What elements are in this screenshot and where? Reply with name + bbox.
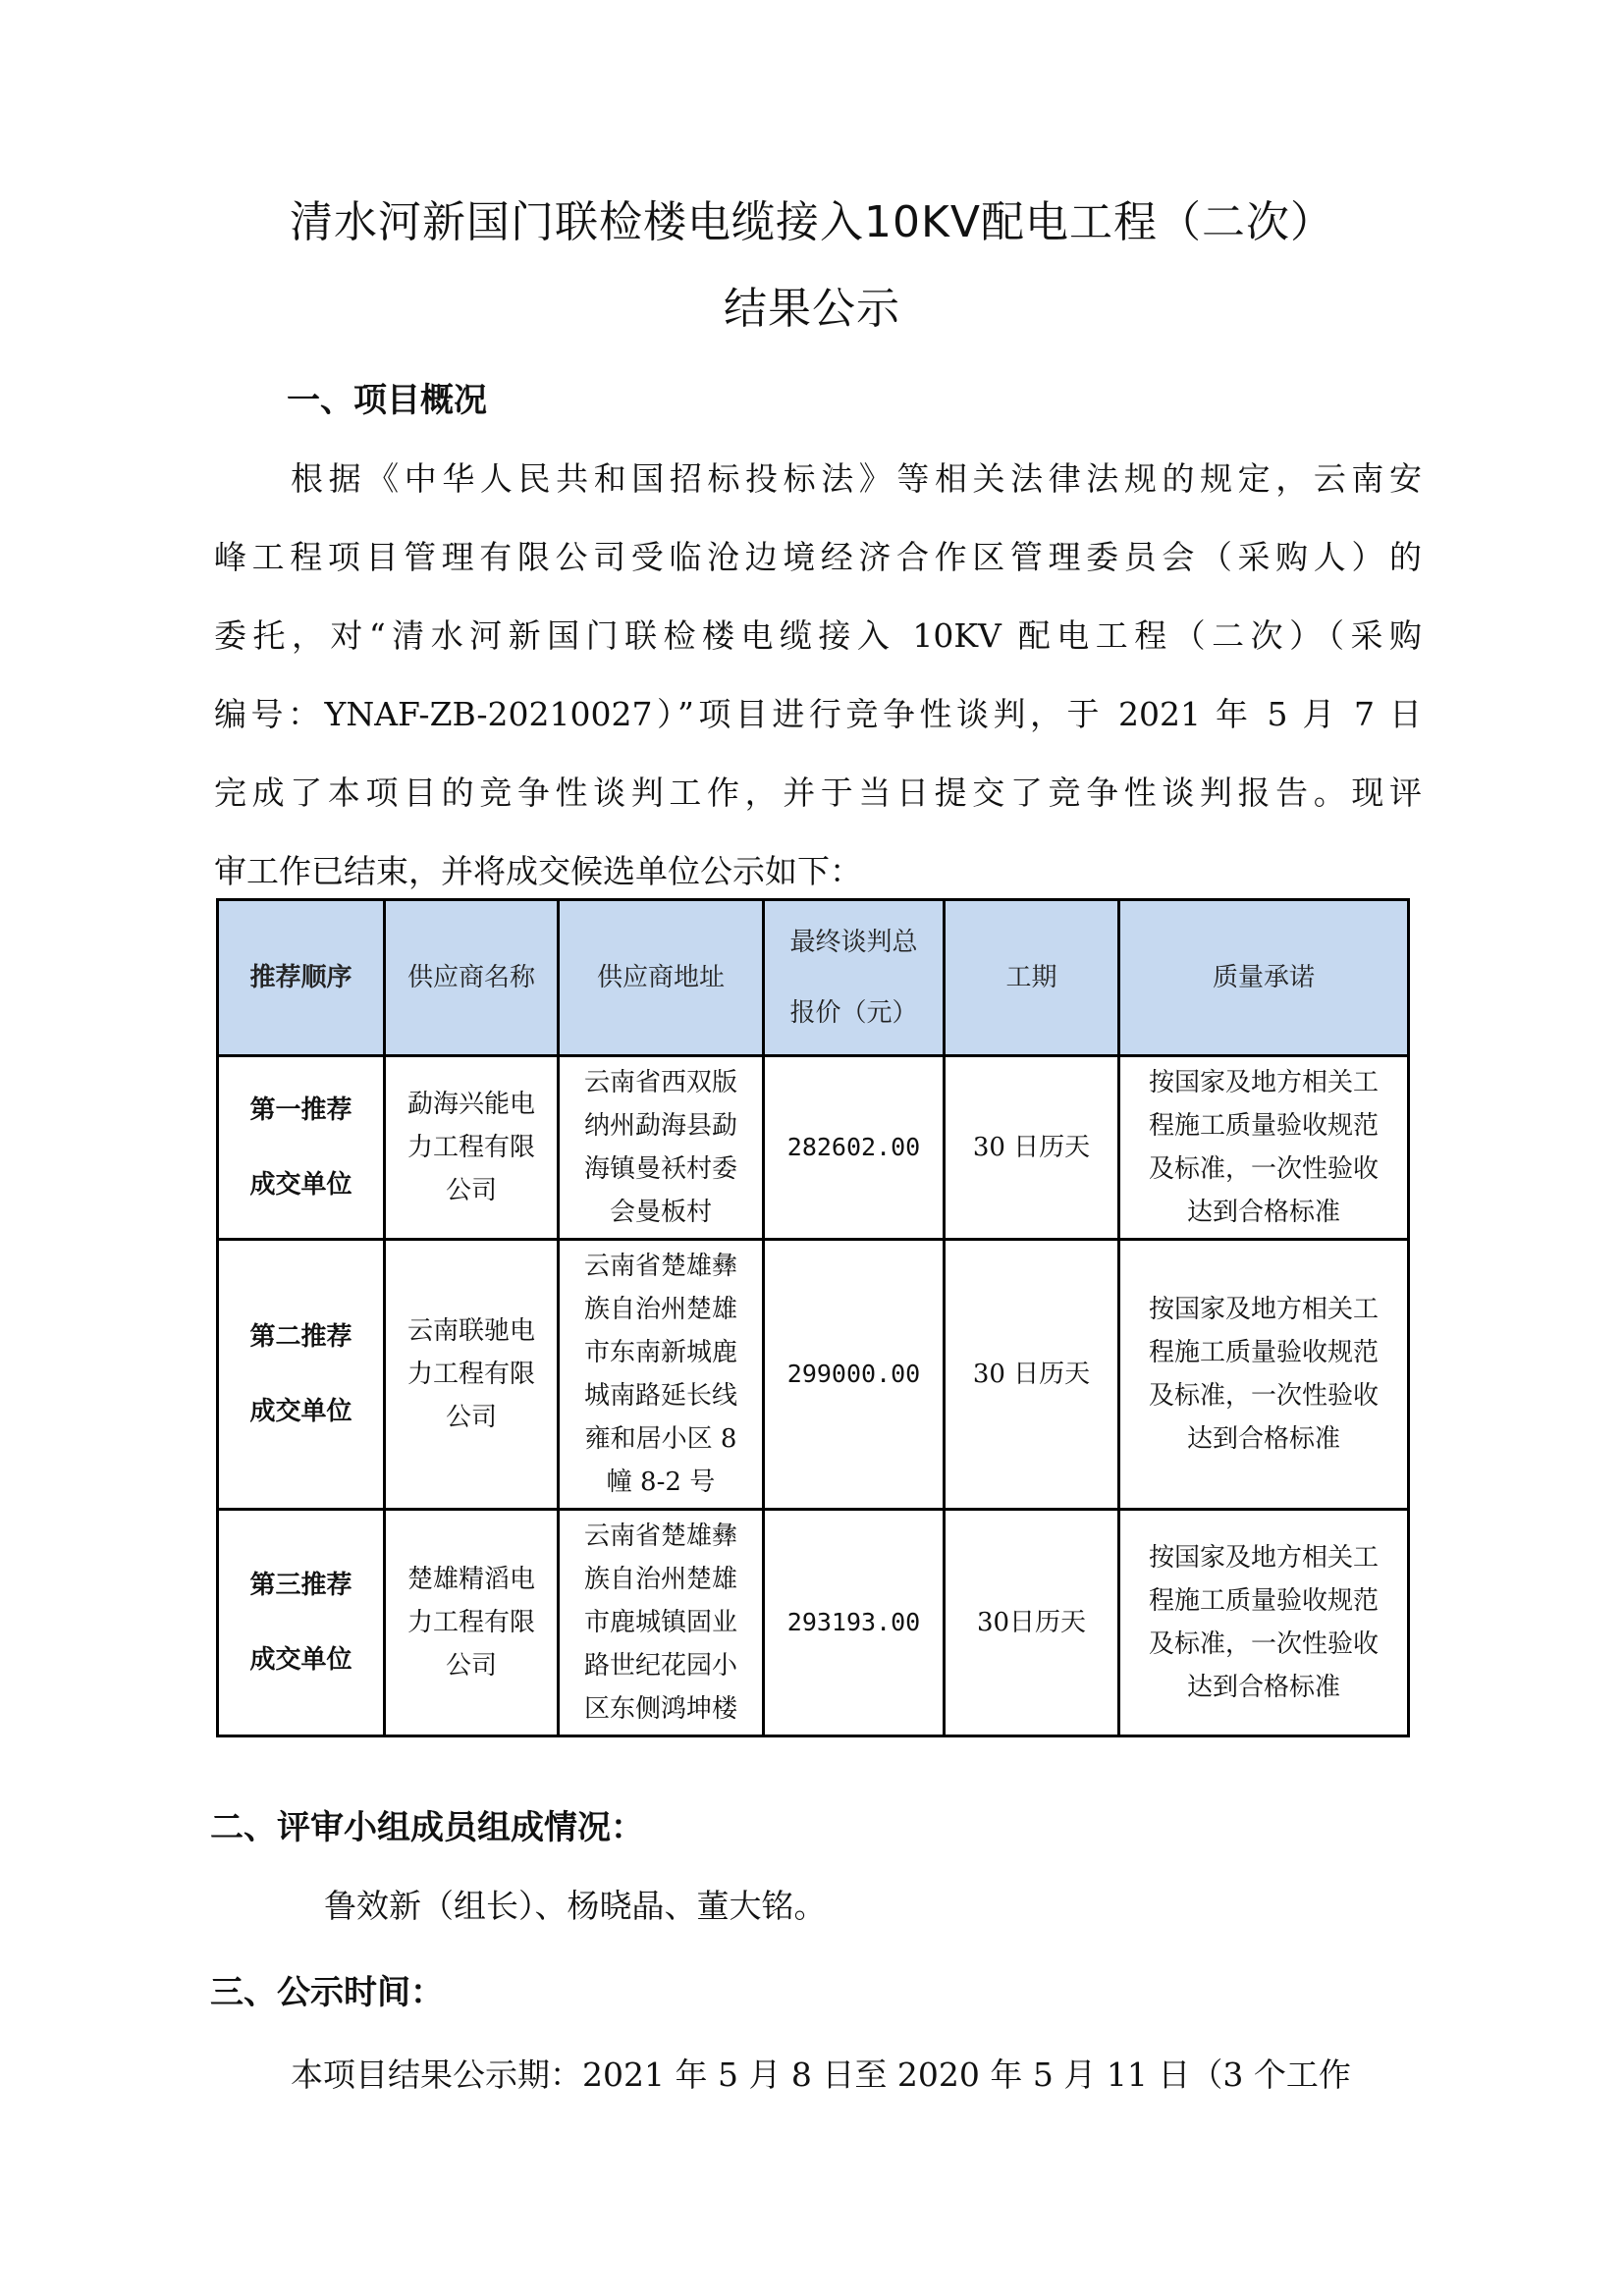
rank-line2: 成交单位 <box>225 1623 377 1697</box>
supplier-name-line: 力工程有限 <box>392 1126 551 1169</box>
paragraph-line: 委托，对“清水河新国门联检楼电缆接入 10KV 配电工程（二次）（采购 <box>214 597 1422 675</box>
quality-line: 按国家及地方相关工 <box>1126 1288 1401 1331</box>
rank-cell: 第一推荐 成交单位 <box>218 1056 385 1240</box>
supplier-address-line: 市东南新城鹿 <box>566 1331 756 1374</box>
quality-line: 及标准，一次性验收 <box>1126 1374 1401 1417</box>
supplier-address-line: 云南省楚雄彝 <box>566 1245 756 1288</box>
supplier-address-line: 云南省楚雄彝 <box>566 1515 756 1558</box>
supplier-name-line: 勐海兴能电 <box>392 1083 551 1126</box>
document-title-line1: 清水河新国门联检楼电缆接入10KV配电工程（二次） <box>0 187 1624 249</box>
paragraph-line: 峰工程项目管理有限公司受临沧边境经济合作区管理委员会（采购人）的 <box>214 518 1422 597</box>
quality-line: 及标准，一次性验收 <box>1126 1623 1401 1666</box>
rank-cell: 第三推荐 成交单位 <box>218 1510 385 1736</box>
supplier-name-line: 云南联驰电 <box>392 1309 551 1353</box>
supplier-name-line: 楚雄精滔电 <box>392 1558 551 1601</box>
document-title-line2: 结果公示 <box>0 273 1624 336</box>
supplier-name-cell: 楚雄精滔电 力工程有限 公司 <box>385 1510 559 1736</box>
rank-line2: 成交单位 <box>225 1374 377 1449</box>
duration-cell: 30 日历天 <box>945 1240 1119 1510</box>
paragraph-line: 编号：YNAF-ZB-20210027）”项目进行竞争性谈判，于 2021 年 … <box>214 675 1422 754</box>
supplier-name-line: 公司 <box>392 1396 551 1439</box>
quality-line: 按国家及地方相关工 <box>1126 1536 1401 1579</box>
quality-line: 及标准，一次性验收 <box>1126 1148 1401 1191</box>
publicity-period-text: 本项目结果公示期：2021 年 5 月 8 日至 2020 年 5 月 11 日… <box>291 2050 1351 2096</box>
paragraph-line: 完成了本项目的竞争性谈判工作，并于当日提交了竞争性谈判报告。现评 <box>214 754 1422 832</box>
supplier-address-line: 幢 8-2 号 <box>566 1461 756 1504</box>
table-row: 第一推荐 成交单位 勐海兴能电 力工程有限 公司 云南省西双版 纳州勐海县勐 海… <box>218 1056 1409 1240</box>
supplier-name-line: 力工程有限 <box>392 1601 551 1644</box>
supplier-address-line: 路世纪花园小 <box>566 1644 756 1687</box>
supplier-address-line: 雍和居小区 8 <box>566 1417 756 1461</box>
supplier-name-cell: 勐海兴能电 力工程有限 公司 <box>385 1056 559 1240</box>
column-header-final-price: 最终谈判总 报价（元） <box>764 900 945 1056</box>
price-cell: 293193.00 <box>764 1510 945 1736</box>
duration-cell: 30日历天 <box>945 1510 1119 1736</box>
column-header-quality: 质量承诺 <box>1119 900 1409 1056</box>
supplier-address-line: 云南省西双版 <box>566 1061 756 1104</box>
section2-heading: 二、评审小组成员组成情况： <box>210 1800 644 1848</box>
supplier-address-line: 族自治州楚雄 <box>566 1288 756 1331</box>
supplier-address-line: 纳州勐海县勐 <box>566 1104 756 1148</box>
table-row: 第三推荐 成交单位 楚雄精滔电 力工程有限 公司 云南省楚雄彝 族自治州楚雄 市… <box>218 1510 1409 1736</box>
quality-cell: 按国家及地方相关工 程施工质量验收规范 及标准，一次性验收 达到合格标准 <box>1119 1240 1409 1510</box>
column-header-price-line1: 最终谈判总 <box>771 907 937 978</box>
column-header-supplier-address: 供应商地址 <box>559 900 764 1056</box>
supplier-name-line: 公司 <box>392 1644 551 1687</box>
quality-line: 达到合格标准 <box>1126 1666 1401 1709</box>
table-row: 第二推荐 成交单位 云南联驰电 力工程有限 公司 云南省楚雄彝 族自治州楚雄 市… <box>218 1240 1409 1510</box>
project-overview-paragraph: 根据《中华人民共和国招标投标法》等相关法律法规的规定，云南安 峰工程项目管理有限… <box>214 440 1422 911</box>
paragraph-line: 根据《中华人民共和国招标投标法》等相关法律法规的规定，云南安 <box>214 440 1422 518</box>
supplier-address-line: 区东侧鸿坤楼 <box>566 1687 756 1731</box>
table-header-row: 推荐顺序 供应商名称 供应商地址 最终谈判总 报价（元） 工期 质量承诺 <box>218 900 1409 1056</box>
supplier-name-cell: 云南联驰电 力工程有限 公司 <box>385 1240 559 1510</box>
section3-heading: 三、公示时间： <box>210 1965 444 2013</box>
candidate-results-table: 推荐顺序 供应商名称 供应商地址 最终谈判总 报价（元） 工期 质量承诺 第一推… <box>216 898 1410 1737</box>
quality-line: 达到合格标准 <box>1126 1417 1401 1461</box>
supplier-address-line: 会曼板村 <box>566 1191 756 1234</box>
price-cell: 299000.00 <box>764 1240 945 1510</box>
quality-line: 达到合格标准 <box>1126 1191 1401 1234</box>
quality-line: 程施工质量验收规范 <box>1126 1104 1401 1148</box>
supplier-address-cell: 云南省楚雄彝 族自治州楚雄 市鹿城镇固业 路世纪花园小 区东侧鸿坤楼 <box>559 1510 764 1736</box>
column-header-supplier-name: 供应商名称 <box>385 900 559 1056</box>
rank-line1: 第一推荐 <box>225 1073 377 1148</box>
quality-line: 程施工质量验收规范 <box>1126 1579 1401 1623</box>
rank-line1: 第三推荐 <box>225 1548 377 1623</box>
column-header-duration: 工期 <box>945 900 1119 1056</box>
quality-line: 按国家及地方相关工 <box>1126 1061 1401 1104</box>
supplier-name-line: 公司 <box>392 1169 551 1212</box>
column-header-price-line2: 报价（元） <box>771 978 937 1048</box>
supplier-name-line: 力工程有限 <box>392 1353 551 1396</box>
quality-cell: 按国家及地方相关工 程施工质量验收规范 及标准，一次性验收 达到合格标准 <box>1119 1056 1409 1240</box>
review-panel-members: 鲁效新（组长）、杨晓晶、董大铭。 <box>324 1881 827 1927</box>
price-cell: 282602.00 <box>764 1056 945 1240</box>
supplier-address-line: 市鹿城镇固业 <box>566 1601 756 1644</box>
supplier-address-line: 海镇曼袄村委 <box>566 1148 756 1191</box>
column-header-rank: 推荐顺序 <box>218 900 385 1056</box>
supplier-address-line: 族自治州楚雄 <box>566 1558 756 1601</box>
quality-cell: 按国家及地方相关工 程施工质量验收规范 及标准，一次性验收 达到合格标准 <box>1119 1510 1409 1736</box>
section1-heading: 一、项目概况 <box>287 373 487 421</box>
rank-line1: 第二推荐 <box>225 1300 377 1374</box>
duration-cell: 30 日历天 <box>945 1056 1119 1240</box>
supplier-address-line: 城南路延长线 <box>566 1374 756 1417</box>
rank-line2: 成交单位 <box>225 1148 377 1222</box>
supplier-address-cell: 云南省西双版 纳州勐海县勐 海镇曼袄村委 会曼板村 <box>559 1056 764 1240</box>
supplier-address-cell: 云南省楚雄彝 族自治州楚雄 市东南新城鹿 城南路延长线 雍和居小区 8 幢 8-… <box>559 1240 764 1510</box>
quality-line: 程施工质量验收规范 <box>1126 1331 1401 1374</box>
rank-cell: 第二推荐 成交单位 <box>218 1240 385 1510</box>
